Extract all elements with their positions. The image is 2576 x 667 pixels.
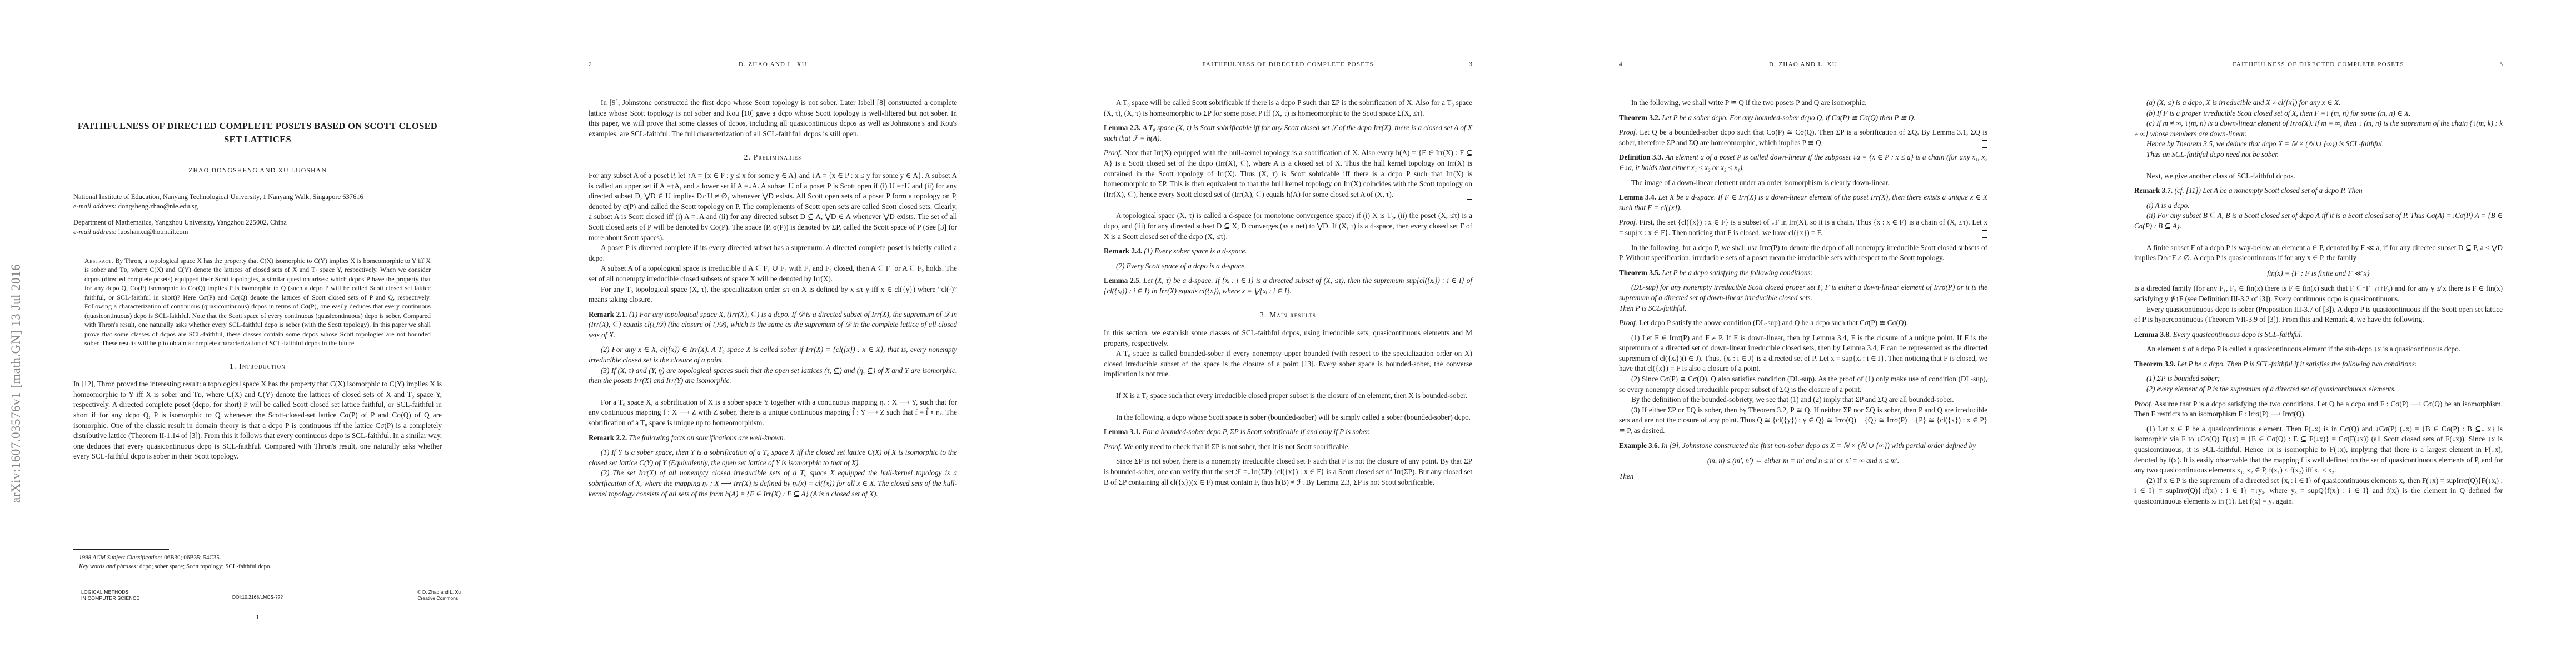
paragraph: Hence by Theorem 3.5, we deduce that dcp… (2134, 139, 2503, 150)
proof-text: Let dcpo P satisfy the above condition (… (1639, 318, 1908, 327)
paragraph: (3) If either ΣP or ΣQ is sober, then by… (1619, 405, 1987, 436)
page-3: FAITHFULNESS OF DIRECTED COMPLETE POSETS… (1030, 0, 1546, 667)
page-header: 2D. ZHAO AND L. XU (589, 61, 957, 70)
paragraph: A T₀ space will be called Scott sobrific… (1104, 98, 1472, 118)
proof-block: Proof. Note that Irr(X) equipped with th… (1104, 148, 1472, 200)
email-value: dongsheng.zhao@nie.edu.sg (118, 202, 198, 210)
abstract-text: By Thron, a topological space X has the … (84, 257, 431, 347)
paragraph: A T₀ space is called bounded-sober if ev… (1104, 349, 1472, 380)
section-heading: 1. Introduction (73, 361, 442, 372)
theorem-label: Lemma 3.1. (1104, 427, 1140, 436)
paragraph: (DL-sup) for any nonempty irreducible Sc… (1619, 282, 1987, 303)
proof-label: Proof. (1619, 218, 1637, 226)
paragraph: In this section, we establish some class… (1104, 328, 1472, 349)
email-value: luoshanxu@hotmail.com (118, 228, 188, 236)
paragraph: (2) every element of P is the supremum o… (2134, 384, 2503, 395)
theorem-text: Let P be a dcpo. Then P is SCL-faithful … (2177, 360, 2417, 368)
theorem-label: Example 3.6. (1619, 441, 1660, 450)
theorem-text: (1) For any topological space X, (Irr(X)… (589, 310, 957, 339)
page-header: FAITHFULNESS OF DIRECTED COMPLETE POSETS… (1104, 61, 1472, 70)
paragraph: A poset P is directed complete if its ev… (589, 243, 957, 263)
theorem-label: Definition 3.3. (1619, 153, 1663, 161)
page-1: FAITHFULNESS OF DIRECTED COMPLETE POSETS… (0, 0, 515, 667)
paragraph: (a) (X, ≤) is a dcpo, X is irreducible a… (2134, 98, 2503, 108)
footnote-rule (73, 549, 169, 550)
section-heading: 2. Preliminaries (589, 152, 957, 163)
proof-label: Proof. (1619, 318, 1637, 327)
page-content: FAITHFULNESS OF DIRECTED COMPLETE POSETS… (73, 120, 442, 462)
display-formula: fin(x) = {F : F is finite and F ≪ x} (2134, 268, 2503, 279)
paragraph: A finite subset F of a dcpo P is way-bel… (2134, 243, 2503, 263)
paragraph: Then P is SCL-faithful. (1619, 303, 1987, 314)
copyright-text: © D. Zhao and L. XuCreative Commons (417, 589, 461, 601)
theorem-block: Theorem 3.9. Let P be a dcpo. Then P is … (2134, 359, 2503, 370)
paragraph: Thus an SCL-faithful dcpo need not be so… (2134, 150, 2503, 160)
paragraph: In [9], Johnstone constructed the first … (589, 98, 957, 139)
paragraph: (ii) For any subset B ⊆ A, B is a Scott … (2134, 211, 2503, 231)
paragraph: A topological space (X, τ) is called a d… (1104, 211, 1472, 242)
footnote-label: 1998 ACM Subject Classification: (79, 554, 162, 561)
theorem-text: (cf. [11]) Let A be a nonempty Scott clo… (2175, 186, 2363, 195)
page-number-head: 5 (2499, 61, 2503, 68)
theorem-block: Lemma 2.3. A T₀ space (X, τ) is Scott so… (1104, 123, 1472, 143)
paper-title: FAITHFULNESS OF DIRECTED COMPLETE POSETS… (76, 120, 440, 146)
footnote-label: Key words and phrases: (79, 563, 138, 570)
footnote-block: 1998 ACM Subject Classification: 06B30; … (73, 549, 442, 571)
copyright-line2: Creative Commons (417, 595, 461, 601)
page-4: 4D. ZHAO AND L. XUIn the following, we s… (1546, 0, 2061, 667)
paragraph: By the definition of the bounded-sobriet… (1619, 395, 1987, 405)
page-number-bottom: 1 (0, 613, 515, 621)
theorem-text: (1) Every sober space is a d-space. (1144, 247, 1247, 255)
page-5: FAITHFULNESS OF DIRECTED COMPLETE POSETS… (2061, 0, 2576, 667)
proof-block: Proof. Let Q be a bounded-sober dcpo suc… (1619, 127, 1987, 148)
theorem-label: Lemma 3.4. (1619, 193, 1656, 201)
theorem-text: A T₀ space (X, τ) is Scott sobrificable … (1104, 123, 1472, 142)
proof-label: Proof. (2134, 400, 2153, 408)
abstract: Abstract. By Thron, a topological space … (84, 256, 431, 348)
theorem-label: Theorem 3.5. (1619, 268, 1660, 277)
theorem-label: Remark 2.2. (589, 434, 627, 442)
paragraph: (b) If F is a proper irreducible Scott c… (2134, 108, 2503, 119)
email-line: e-mail address: dongsheng.zhao@nie.edu.s… (73, 202, 442, 211)
page-number-head: 3 (1469, 61, 1472, 68)
theorem-text: An element a of a poset P is called down… (1619, 153, 1987, 172)
journal-footer: LOGICAL METHODSIN COMPUTER SCIENCEDOI:10… (0, 589, 515, 606)
paragraph: The image of a down-linear element under… (1619, 178, 1987, 188)
paper-montage: arXiv:1607.03576v1 [math.GN] 13 Jul 2016… (0, 0, 2576, 667)
theorem-text: Let X be a d-space. If F ∈ Irr(X) is a d… (1619, 193, 1987, 212)
email-label: e-mail address: (73, 228, 117, 236)
theorem-label: Remark 3.7. (2134, 186, 2173, 195)
proof-block: Proof. Assume that P is a dcpo satisfyin… (2134, 399, 2503, 420)
paragraph: (3) If (X, τ) and (Y, η) are topological… (589, 366, 957, 386)
paragraph: A subset A of a topological space is irr… (589, 263, 957, 284)
abstract-label: Abstract. (84, 257, 113, 265)
theorem-text: For a bounded-sober dcpo P, ΣP is Scott … (1143, 427, 1370, 436)
paragraph: (1) Let x ∈ P be a quasicontinuous eleme… (2134, 424, 2503, 476)
paragraph: Since ΣP is not sober, there is a nonemp… (1104, 456, 1472, 487)
section-heading: 3. Main results (1104, 310, 1472, 321)
email-label: e-mail address: (73, 202, 117, 210)
theorem-text: Let P be a sober dcpo. For any bounded-s… (1662, 113, 1915, 122)
paragraph: In the following, for a dcpo P, we shall… (1619, 243, 1987, 263)
footnote: 1998 ACM Subject Classification: 06B30; … (79, 554, 442, 563)
proof-text: Assume that P is a dcpo satisfying the t… (2134, 400, 2503, 419)
page-content: In [9], Johnstone constructed the first … (589, 98, 957, 499)
paragraph: (2) Since Cσ(P) ≅ Cσ(Q), Q also satisfie… (1619, 374, 1987, 395)
display-formula: (m, n) ≤ (m′, n′) ⇔ either m = m′ and n … (1619, 456, 1987, 466)
theorem-block: Definition 3.3. An element a of a poset … (1619, 152, 1987, 173)
proof-text: Note that Irr(X) equipped with the hull-… (1104, 148, 1472, 198)
qed-box (1982, 230, 1987, 238)
email-line: e-mail address: luoshanxu@hotmail.com (73, 227, 442, 237)
page-header: 4D. ZHAO AND L. XU (1619, 61, 1987, 70)
theorem-label: Lemma 2.3. (1104, 123, 1140, 132)
proof-label: Proof. (1104, 148, 1122, 157)
paragraph: Next, we give another class of SCL-faith… (2134, 171, 2503, 182)
proof-block: Proof. First, the set {cl({x}) : x ∈ F} … (1619, 217, 1987, 238)
paragraph: In the following, we shall write P ≅ Q i… (1619, 98, 1987, 108)
theorem-label: Theorem 3.2. (1619, 113, 1660, 122)
page-content: A T₀ space will be called Scott sobrific… (1104, 98, 1472, 487)
theorem-label: Remark 2.4. (1104, 247, 1142, 255)
theorem-text: Let P be a dcpo satisfying the following… (1662, 268, 1813, 277)
paragraph: (2) Every Scott space of a dcpo is a d-s… (1104, 261, 1472, 272)
theorem-label: Lemma 2.5. (1104, 276, 1141, 285)
theorem-text: Every quasicontinuous dcpo is SCL-faithf… (2173, 330, 2303, 339)
theorem-block: Lemma 3.8. Every quasicontinuous dcpo is… (2134, 330, 2503, 340)
theorem-text: In [9], Johnstone constructed the first … (1661, 441, 1976, 450)
theorem-block: Remark 2.2. The following facts on sobri… (589, 433, 957, 444)
theorem-block: Theorem 3.2. Let P be a sober dcpo. For … (1619, 113, 1987, 123)
theorem-text: Let (X, τ) be a d-space. If {xᵢ : i ∈ I}… (1104, 276, 1472, 295)
running-title: D. ZHAO AND L. XU (589, 61, 957, 68)
paragraph: An element x of a dcpo P is called a qua… (2134, 344, 2503, 355)
paragraph: (2) For any x ∈ X, cl({x}) ∈ Irr(X). A T… (589, 345, 957, 365)
paragraph: In the following, a dcpo whose Scott spa… (1104, 412, 1472, 423)
proof-label: Proof. (1104, 442, 1122, 451)
theorem-block: Example 3.6. In [9], Johnstone construct… (1619, 441, 1987, 451)
affiliation: Department of Mathematics, Yangzhou Univ… (73, 218, 442, 227)
footnote-text: 06B30; 06B35; 54C35. (164, 554, 221, 561)
paragraph: (2) If x ∈ P is the supremum of a direct… (2134, 476, 2503, 507)
footnote-text: dcpo; sober space; Scott topology; SCL-f… (139, 563, 271, 570)
paragraph: For any subset A of a poset P, let ↑A = … (589, 171, 957, 243)
theorem-block: Lemma 3.1. For a bounded-sober dcpo P, Σ… (1104, 427, 1472, 437)
paragraph: For any T₀ topological space (X, τ), the… (589, 285, 957, 305)
qed-box (1467, 192, 1472, 200)
page-header: FAITHFULNESS OF DIRECTED COMPLETE POSETS… (2134, 61, 2503, 70)
theorem-label: Lemma 3.8. (2134, 330, 2171, 339)
page-content: In the following, we shall write P ≅ Q i… (1619, 98, 1987, 481)
paragraph: (1) ΣP is bounded sober; (2134, 374, 2503, 384)
paragraph: (1) If Y is a sober space, then Y is a s… (589, 447, 957, 468)
proof-text: First, the set {cl({x}) : x ∈ F} is a su… (1619, 218, 1987, 237)
paragraph: (1) Let F ∈ Irrσ(P) and F ≠ P. If F is d… (1619, 333, 1987, 374)
paragraph: (2) The set Irr(X) of all nonempty close… (589, 468, 957, 499)
title-rule (73, 246, 442, 246)
theorem-label: Theorem 3.9. (2134, 360, 2175, 368)
paragraph: is a directed family (for any F₁, F₂ ∈ f… (2134, 283, 2503, 304)
running-title: FAITHFULNESS OF DIRECTED COMPLETE POSETS (1104, 61, 1472, 68)
theorem-block: Remark 2.1. (1) For any topological spac… (589, 310, 957, 341)
arxiv-watermark: arXiv:1607.03576v1 [math.GN] 13 Jul 2016 (9, 264, 23, 503)
authors-line: ZHAO DONGSHENG AND XU LUOSHAN (73, 165, 442, 176)
proof-text: We only need to check that if ΣP is not … (1124, 442, 1350, 451)
theorem-block: Remark 3.7. (cf. [11]) Let A be a nonemp… (2134, 186, 2503, 196)
proof-text: Let Q be a bounded-sober dcpo such that … (1619, 128, 1987, 147)
paragraph: For a T₀ space X, a sobrification of X i… (589, 397, 957, 429)
paragraph: (c) If m ≠ ∞, ↓(m, n) is a down-linear e… (2134, 118, 2503, 139)
footnote: Key words and phrases: dcpo; sober space… (79, 563, 442, 571)
theorem-block: Remark 2.4. (1) Every sober space is a d… (1104, 246, 1472, 257)
proof-block: Proof. We only need to check that if ΣP … (1104, 442, 1472, 452)
paragraph: Every quasicontinuous dcpo is sober (Pro… (2134, 305, 2503, 325)
theorem-block: Lemma 3.4. Let X be a d-space. If F ∈ Ir… (1619, 192, 1987, 213)
affiliation: National Institute of Education, Nanyang… (73, 192, 442, 202)
running-title: D. ZHAO AND L. XU (1619, 61, 1987, 68)
page-content: (a) (X, ≤) is a dcpo, X is irreducible a… (2134, 98, 2503, 507)
theorem-label: Remark 2.1. (589, 310, 627, 318)
paragraph: Then (1619, 471, 1987, 482)
theorem-block: Lemma 2.5. Let (X, τ) be a d-space. If {… (1104, 276, 1472, 296)
theorem-text: The following facts on sobrifications ar… (629, 434, 785, 442)
proof-label: Proof. (1619, 128, 1637, 136)
page-2: 2D. ZHAO AND L. XUIn [9], Johnstone cons… (515, 0, 1030, 667)
qed-box (1982, 140, 1987, 148)
copyright-line1: © D. Zhao and L. Xu (417, 589, 461, 595)
running-title: FAITHFULNESS OF DIRECTED COMPLETE POSETS (2134, 61, 2503, 68)
proof-block: Proof. Let dcpo P satisfy the above cond… (1619, 318, 1987, 328)
paragraph: (i) A is a dcpo. (2134, 201, 2503, 211)
paragraph: If X is a T₀ space such that every irred… (1104, 391, 1472, 401)
paragraph: In [12], Thron proved the interesting re… (73, 379, 442, 462)
theorem-block: Theorem 3.5. Let P be a dcpo satisfying … (1619, 268, 1987, 278)
